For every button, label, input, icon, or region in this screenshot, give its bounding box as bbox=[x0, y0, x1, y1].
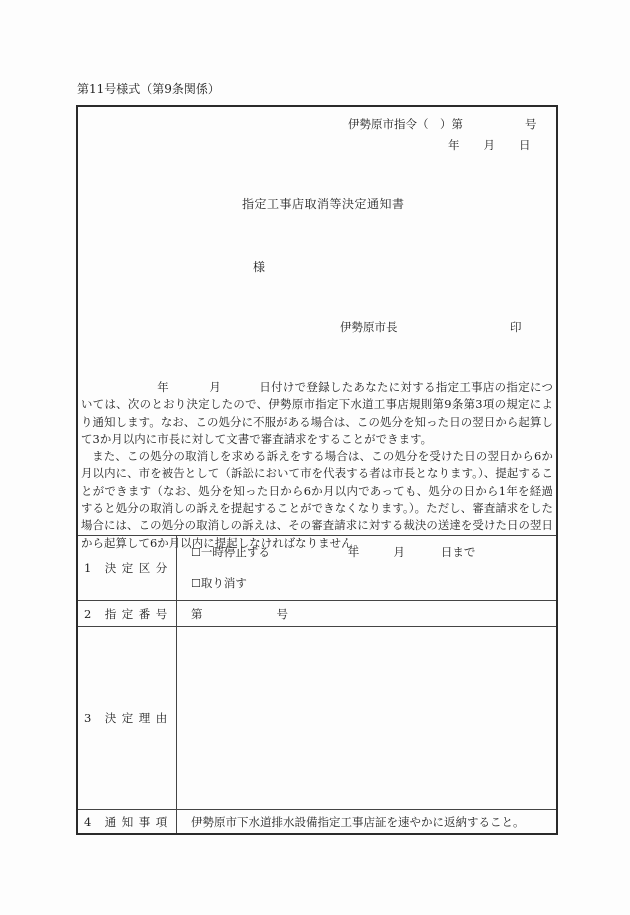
decision-table: 1決定区分 ☐一時停止する年月日まで ☐取り消す 2指定番号 第号 3決定理由 bbox=[78, 535, 556, 833]
reference-suffix: 号 bbox=[525, 116, 537, 132]
table-row-decision-type: 1決定区分 ☐一時停止する年月日まで ☐取り消す bbox=[78, 536, 556, 601]
option-suspend[interactable]: ☐一時停止する年月日まで bbox=[191, 537, 556, 568]
table-row-decision-reason: 3決定理由 bbox=[78, 627, 556, 810]
form-number: 第11号様式（第9条関係） bbox=[77, 80, 220, 97]
date-month: 月 bbox=[484, 138, 496, 152]
checkbox-revoke[interactable]: ☐ bbox=[191, 577, 201, 590]
checkbox-suspend[interactable]: ☐ bbox=[191, 546, 201, 559]
row-label: 2指定番号 bbox=[78, 601, 177, 627]
designation-number-field[interactable]: 第号 bbox=[177, 601, 557, 627]
row-label: 1決定区分 bbox=[78, 536, 177, 601]
row-label: 3決定理由 bbox=[78, 627, 177, 810]
reference-prefix: 伊勢原市指令（ ）第 bbox=[348, 116, 463, 132]
seal-mark: 印 bbox=[510, 319, 522, 335]
notice-items-text: 伊勢原市下水道排水設備指定工事店証を速やかに返納すること。 bbox=[177, 810, 557, 834]
row-label: 4通知事項 bbox=[78, 810, 177, 834]
notice-body: 年月日付けで登録したあなたに対する指定工事店の指定については、次のとおり決定した… bbox=[81, 379, 553, 552]
paragraph-1: 年月日付けで登録したあなたに対する指定工事店の指定については、次のとおり決定した… bbox=[81, 379, 553, 448]
option-revoke[interactable]: ☐取り消す bbox=[191, 568, 556, 599]
issuer-name: 伊勢原市長 bbox=[340, 319, 398, 335]
document-title: 指定工事店取消等決定通知書 bbox=[242, 195, 405, 212]
date-year: 年 bbox=[448, 138, 460, 152]
lead-year: 年 bbox=[157, 380, 169, 394]
date-day: 日 bbox=[519, 138, 531, 152]
paragraph-1-text: 日付けで登録したあなたに対する指定工事店の指定については、次のとおり決定したので… bbox=[81, 380, 553, 446]
reference-number-line: 伊勢原市指令（ ）第号 bbox=[348, 116, 537, 132]
notice-form: 伊勢原市指令（ ）第号 年月日 指定工事店取消等決定通知書 様 伊勢原市長 印 … bbox=[76, 105, 558, 835]
lead-month: 月 bbox=[209, 380, 221, 394]
table-row-notice-items: 4通知事項 伊勢原市下水道排水設備指定工事店証を速やかに返納すること。 bbox=[78, 810, 556, 834]
issue-date: 年月日 bbox=[448, 137, 531, 153]
table-row-designation-number: 2指定番号 第号 bbox=[78, 601, 556, 627]
addressee-honorific: 様 bbox=[253, 258, 265, 275]
decision-options: ☐一時停止する年月日まで ☐取り消す bbox=[177, 536, 557, 601]
decision-reason-field[interactable] bbox=[177, 627, 557, 810]
